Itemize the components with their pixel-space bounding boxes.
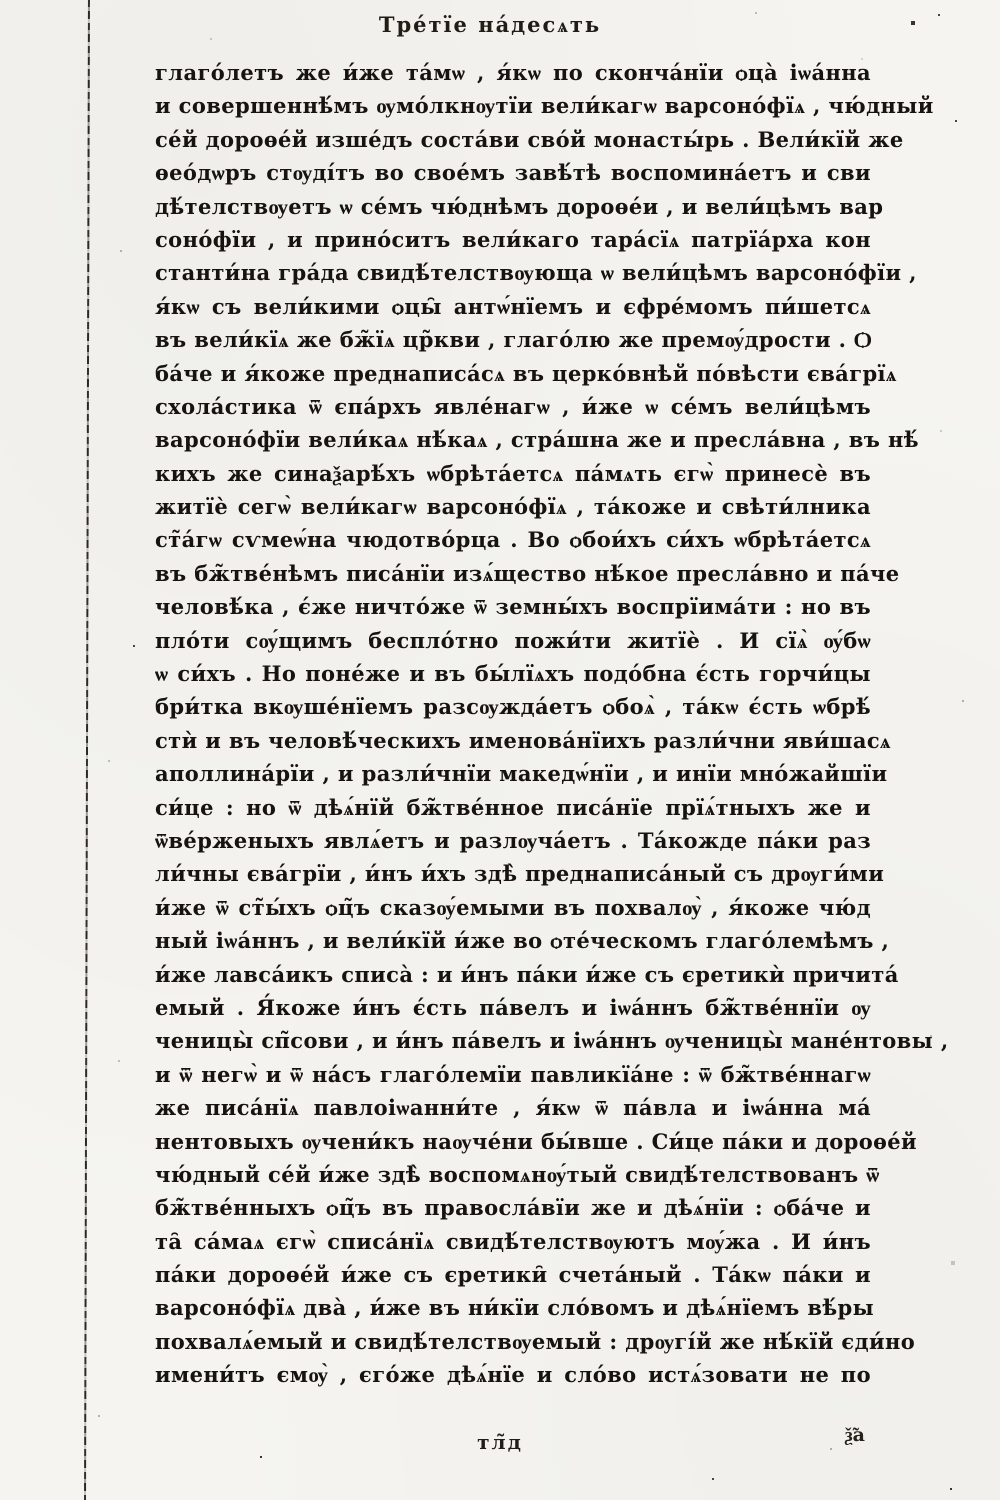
text-line: ный іѡа́ннъ , и вели́кїй и́же во ѻте́чес… — [155, 924, 871, 957]
text-line: ѿве́рженыхъ явлѧ́етъ и разлѹча́етъ . Та́… — [155, 824, 871, 857]
text-line: варсоно́фїи вели́каѧ нѣ́каѧ , стра́шна ж… — [155, 423, 871, 456]
text-line: я́кѡ съ вели́кими ѻцы̑ антѡ́нїемъ и єфре… — [155, 290, 871, 323]
scanned-book-page: Тре́тїе на́десѧть глаго́летъ же и́же та́… — [0, 0, 1000, 1500]
text-line: дѣ́телствѹетъ ѡ се́мъ чю́днѣмъ дороѳе́и … — [155, 190, 871, 223]
text-line: аполлина́рїи , и разли́чнїи македѡ́нїи ,… — [155, 757, 871, 790]
text-line: пло́ти сѹ́щимъ беспло́тно пожи́ти житїѐ … — [155, 624, 871, 657]
text-line: въ вели́кїѧ же бж̃їѧ цр̃кви , глаго́лю ж… — [155, 323, 871, 356]
running-head: Тре́тїе на́десѧть — [320, 12, 660, 38]
text-line: и совершеннѣ́мъ ѹмо́лкнѹтїи вели́кагѡ ва… — [155, 89, 871, 122]
text-line: емый . Я́коже и́нъ є́сть па́велъ и іѡа́н… — [155, 991, 871, 1024]
text-line: варсоно́фїѧ два̀ , и́же въ ни́кїи сло́во… — [155, 1291, 871, 1324]
text-line: ѡ си́хъ . Но поне́же и въ бы́лїѧхъ подо́… — [155, 657, 871, 690]
text-line: похвалѧ́емый и свидѣ́телствѹемый : дрѹгі… — [155, 1325, 871, 1358]
binding-gutter-line — [84, 0, 90, 1500]
text-line: си́це : но ѿ дѣѧ́нїй бж̃тве́нное писа́нї… — [155, 791, 871, 824]
text-line: имени́тъ ємѹ̀ , єго́же дѣѧ́нїе и сло́во … — [155, 1358, 871, 1391]
text-line: станти́на гра́да свидѣ́телствѹюща ѡ вели… — [155, 256, 871, 289]
text-line: чю́дный се́й и́же здѣ̀ воспомѧнѹ́тый сви… — [155, 1158, 871, 1191]
text-line: бри́тка вкѹше́нїемъ разсѹжда́етъ ѻбоѧ̀ ,… — [155, 690, 871, 723]
text-line: па́ки дороѳе́й и́же съ єретики̑ счета́ны… — [155, 1258, 871, 1291]
text-line: въ бж̃тве́нѣмъ писа́нїи изѧ́щество нѣ́ко… — [155, 557, 871, 590]
text-line: се́й дороѳе́й изше́дъ соста́ви сво́й мон… — [155, 123, 871, 156]
paper-specks — [0, 0, 2, 2]
text-line: ѳео́дѡръ стѹді́тъ во свое́мъ завѣ́тѣ вос… — [155, 156, 871, 189]
text-line: ба́че и я́коже преднаписа́сѧ въ церко́вн… — [155, 357, 871, 390]
text-line: ли́чны єва́грїи , и́нъ и́хъ здѣ̀ преднап… — [155, 857, 871, 890]
text-line: соно́фїи , и прино́ситъ вели́каго тара́с… — [155, 223, 871, 256]
text-line: бж̃тве́нныхъ ѻц̃ъ въ правосла́вїи же и д… — [155, 1191, 871, 1224]
page-number-cyrillic: тл̃д — [330, 1430, 670, 1454]
text-line: та̑ са́маѧ єгѡ̀ списа́нїѧ свидѣ́телствѹю… — [155, 1225, 871, 1258]
text-line: и́же ѿ ст̃ы́хъ ѻц̃ъ сказѹ́емыми въ похва… — [155, 891, 871, 924]
text-line: житїѐ сегѡ̀ вели́кагѡ варсоно́фїѧ , та́к… — [155, 490, 871, 523]
text-line: и ѿ негѡ̀ и ѿ на́съ глаго́лемїи павликїа… — [155, 1058, 871, 1091]
text-block: глаго́летъ же и́же та́мѡ , я́кѡ по сконч… — [155, 56, 871, 1392]
text-line: ченицы̀ сп̃сови , и и́нъ па́велъ и іѡа́н… — [155, 1024, 871, 1057]
quire-signature: ѯ̃а — [845, 1424, 865, 1447]
text-line: нентовыхъ ѹчени́къ наѹче́ни бы́вше . Си́… — [155, 1125, 871, 1158]
text-line: и́же лавса́икъ списа̀ : и и́нъ па́ки и́ж… — [155, 958, 871, 991]
text-line: кихъ же синаѯарѣ́хъ ѡбрѣта́етсѧ па́мѧть … — [155, 457, 871, 490]
text-line: человѣ́ка , є́же ничто́же ѿ земны́хъ вос… — [155, 590, 871, 623]
text-line: глаго́летъ же и́же та́мѡ , я́кѡ по сконч… — [155, 56, 871, 89]
text-line: ст̃а́гѡ сѵмеѡ́на чюдотво́рца . Во ѻбои́х… — [155, 523, 871, 556]
text-line: схола́стика ѿ єпа́рхъ явле́нагѡ , и́же ѡ… — [155, 390, 871, 423]
text-line: же писа́нїѧ павлоіѡанни́те , я́кѡ ѿ па́в… — [155, 1091, 871, 1124]
text-line: стѝ и въ человѣ́ческихъ именова́нїихъ ра… — [155, 724, 871, 757]
